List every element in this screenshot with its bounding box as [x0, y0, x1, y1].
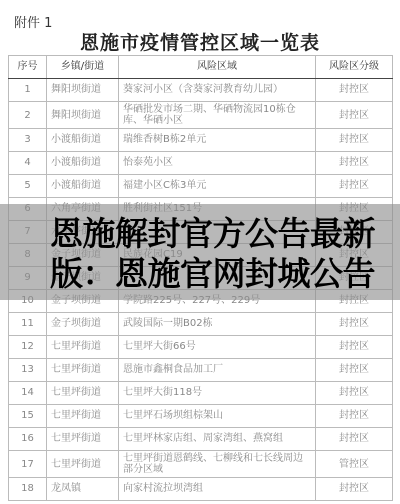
table-row: 13七里坪街道恩施市鑫桐食品加工厂封控区: [9, 359, 393, 382]
cell-no: 2: [9, 102, 47, 129]
table-row: 3小渡船街道瑞维香树B栋2单元封控区: [9, 129, 393, 152]
cell-area: 七里坪石场坝组棕架山: [119, 405, 316, 428]
banner-line-2: 版：恩施官网封城公告: [50, 254, 370, 294]
cell-area: 七里坪街道恩鹤线、七柳线和七长线周边部分区域: [119, 451, 316, 478]
cell-area: 恩施市鑫桐食品加工厂: [119, 359, 316, 382]
table-row: 12七里坪街道七里坪大街66号封控区: [9, 336, 393, 359]
banner-line-1: 恩施解封官方公告最新: [50, 214, 370, 254]
table-row: 15七里坪街道七里坪石场坝组棕架山封控区: [9, 405, 393, 428]
table-row: 5小渡船街道福建小区C栋3单元封控区: [9, 175, 393, 198]
cell-no: 15: [9, 405, 47, 428]
cell-level: 封控区: [316, 359, 393, 382]
table-row: 1舞阳坝街道葵家河小区（含葵家河教育幼儿园）封控区: [9, 79, 393, 102]
cell-no: 3: [9, 129, 47, 152]
cell-no: 16: [9, 428, 47, 451]
cell-area: 福建小区C栋3单元: [119, 175, 316, 198]
table-header-row: 序号 乡镇/街道 风险区域 风险区分级: [9, 56, 393, 79]
cell-area: 七里坪林家店组、周家湾组、燕窝组: [119, 428, 316, 451]
cell-town: 七里坪街道: [47, 405, 119, 428]
cell-level: 封控区: [316, 428, 393, 451]
cell-level: 封控区: [316, 129, 393, 152]
cell-town: 小渡船街道: [47, 175, 119, 198]
cell-no: 13: [9, 359, 47, 382]
cell-area: 七里坪大街118号: [119, 382, 316, 405]
cell-area: 葵家河小区（含葵家河教育幼儿园）: [119, 79, 316, 102]
cell-no: 1: [9, 79, 47, 102]
cell-town: 金子坝街道: [47, 313, 119, 336]
cell-town: 七里坪街道: [47, 451, 119, 478]
cell-area: 瑞维香树B栋2单元: [119, 129, 316, 152]
banner-headline: 恩施解封官方公告最新 版：恩施官网封城公告: [50, 214, 370, 294]
table-row: 17七里坪街道七里坪街道恩鹤线、七柳线和七长线周边部分区域管控区: [9, 451, 393, 478]
cell-area: 武陵国际一期B02栋: [119, 313, 316, 336]
cell-level: 封控区: [316, 79, 393, 102]
cell-no: 14: [9, 382, 47, 405]
cell-level: 封控区: [316, 382, 393, 405]
cell-no: 5: [9, 175, 47, 198]
table-row: 14七里坪街道七里坪大街118号封控区: [9, 382, 393, 405]
cell-town: 七里坪街道: [47, 382, 119, 405]
cell-no: 18: [9, 478, 47, 501]
cell-town: 舞阳坝街道: [47, 102, 119, 129]
header-area: 风险区域: [119, 56, 316, 79]
cell-area: 华硒批发市场二期、华硒物流园10栋仓库、华硒小区: [119, 102, 316, 129]
cell-level: 封控区: [316, 175, 393, 198]
table-row: 18龙凤镇向家村流拉坝湾组封控区: [9, 478, 393, 501]
cell-no: 17: [9, 451, 47, 478]
table-row: 16七里坪街道七里坪林家店组、周家湾组、燕窝组封控区: [9, 428, 393, 451]
cell-town: 龙凤镇: [47, 478, 119, 501]
cell-level: 封控区: [316, 313, 393, 336]
cell-level: 管控区: [316, 451, 393, 478]
header-no: 序号: [9, 56, 47, 79]
cell-town: 小渡船街道: [47, 129, 119, 152]
cell-level: 封控区: [316, 336, 393, 359]
cell-town: 七里坪街道: [47, 428, 119, 451]
table-row: 2舞阳坝街道华硒批发市场二期、华硒物流园10栋仓库、华硒小区封控区: [9, 102, 393, 129]
cell-town: 七里坪街道: [47, 359, 119, 382]
cell-town: 小渡船街道: [47, 152, 119, 175]
document-title: 恩施市疫情管控区域一览表: [0, 28, 400, 55]
cell-level: 封控区: [316, 102, 393, 129]
cell-no: 12: [9, 336, 47, 359]
cell-level: 封控区: [316, 152, 393, 175]
header-town: 乡镇/街道: [47, 56, 119, 79]
cell-town: 七里坪街道: [47, 336, 119, 359]
cell-level: 封控区: [316, 478, 393, 501]
cell-no: 11: [9, 313, 47, 336]
cell-level: 封控区: [316, 405, 393, 428]
cell-area: 向家村流拉坝湾组: [119, 478, 316, 501]
cell-no: 4: [9, 152, 47, 175]
cell-town: 舞阳坝街道: [47, 79, 119, 102]
table-row: 4小渡船街道怡泰苑小区封控区: [9, 152, 393, 175]
header-level: 风险区分级: [316, 56, 393, 79]
cell-area: 怡泰苑小区: [119, 152, 316, 175]
table-row: 11金子坝街道武陵国际一期B02栋封控区: [9, 313, 393, 336]
cell-area: 七里坪大街66号: [119, 336, 316, 359]
